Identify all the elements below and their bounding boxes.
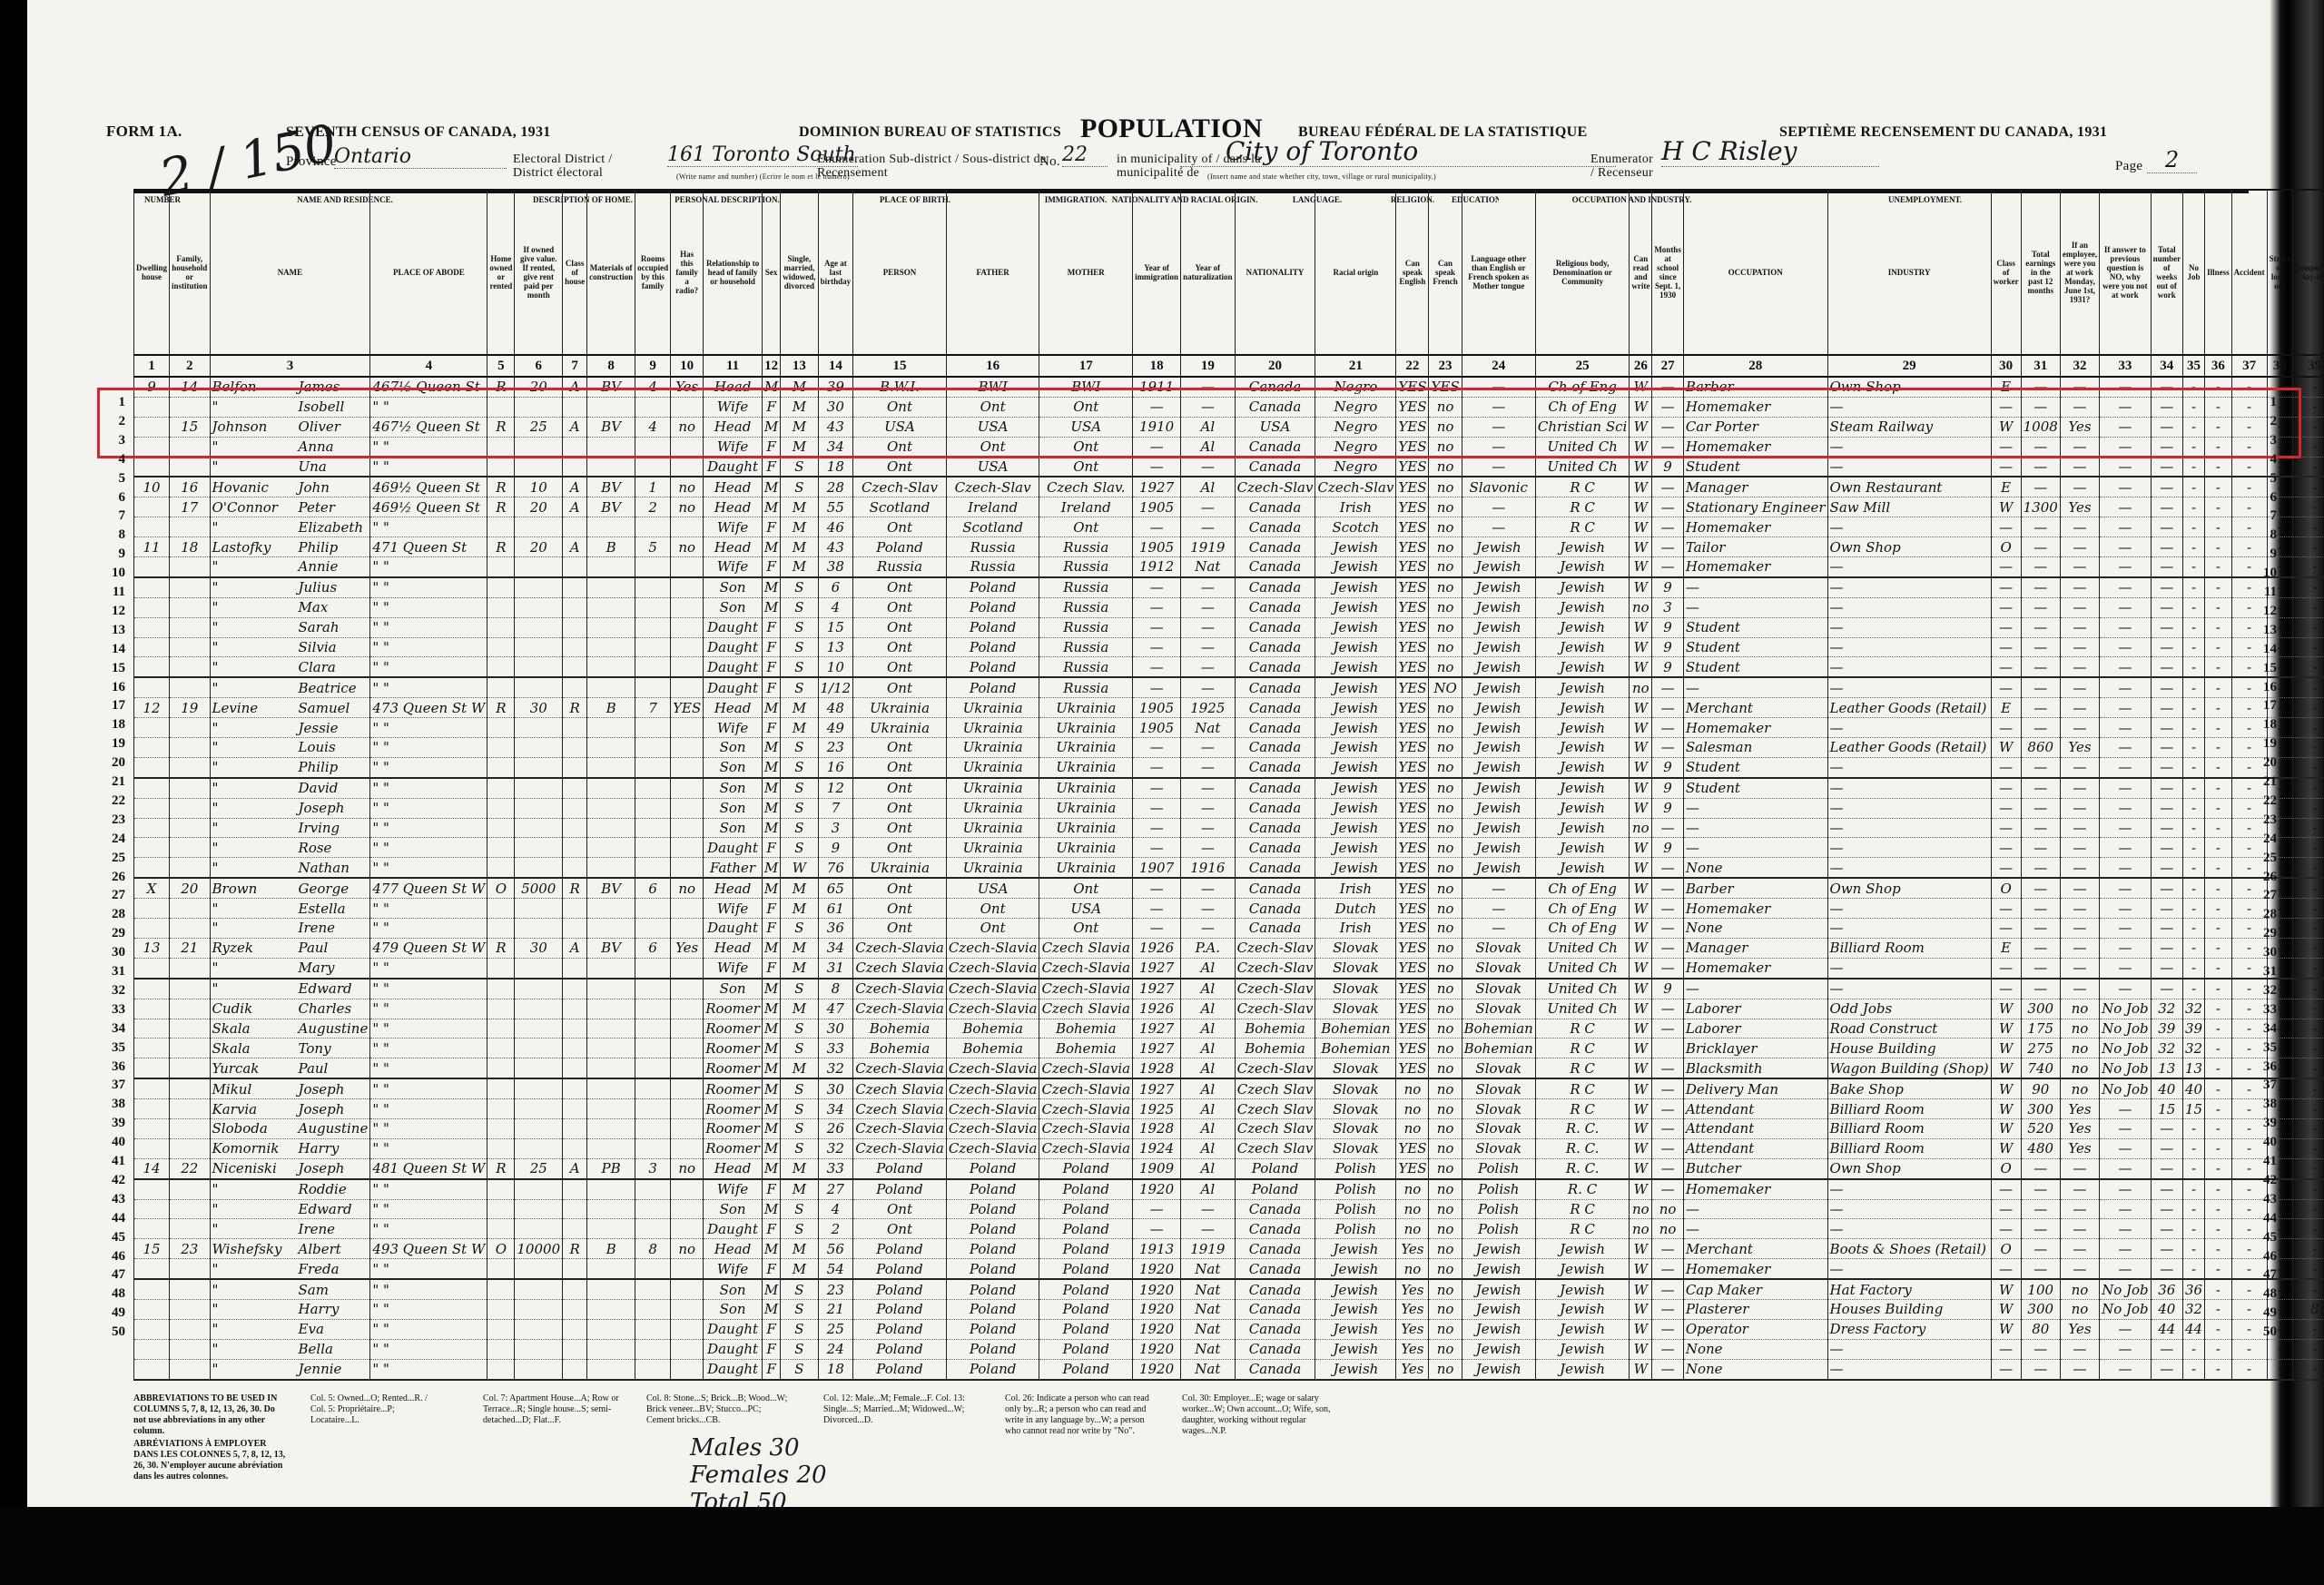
- cell-sex: M: [762, 858, 780, 878]
- cell-rel: Head: [704, 477, 763, 497]
- cell-nat: —: [1181, 577, 1236, 597]
- cell-work: Yes: [2060, 1138, 2099, 1158]
- cell-radio: [671, 677, 704, 697]
- line-number: 41: [2253, 1154, 2277, 1169]
- census-row: "Estella" "WifeFM61OntOntUSA——CanadaDutc…: [134, 899, 2324, 919]
- line-number: 9: [102, 546, 125, 562]
- cell-u2: -: [2205, 1078, 2232, 1098]
- surname: ": [212, 398, 299, 416]
- line-number: 9: [2253, 546, 2277, 562]
- cell-abode: " ": [370, 818, 487, 838]
- cell-occ: Merchant: [1683, 1239, 1827, 1259]
- bureau-en: DOMINION BUREAU OF STATISTICS: [799, 124, 1061, 141]
- cell-bm: Czech Slav.: [1039, 477, 1133, 497]
- cell-bp: Poland: [853, 1319, 947, 1339]
- cell-cw: —: [1991, 757, 2021, 777]
- cell-dw: [134, 738, 170, 758]
- cell-ind: —: [1827, 979, 1991, 999]
- cell-nat: Al: [1181, 1138, 1236, 1158]
- cell-u1: -: [2182, 1239, 2204, 1259]
- cell-relig: United Ch: [1535, 958, 1629, 978]
- given-name: James: [299, 379, 340, 395]
- cell-abode: " ": [370, 899, 487, 919]
- cell-abode: " ": [370, 577, 487, 597]
- cell-fr: no: [1429, 999, 1462, 1019]
- cell-own: [487, 1118, 515, 1138]
- line-number: 14: [102, 642, 125, 657]
- cell-nat: —: [1181, 617, 1236, 637]
- cell-mat: [587, 457, 635, 477]
- cell-bm: Ukrainia: [1039, 778, 1133, 798]
- cell-work: —: [2060, 979, 2099, 999]
- cell-work: —: [2060, 457, 2099, 477]
- given-name: Philip: [299, 759, 339, 775]
- cell-val: [515, 1279, 563, 1299]
- person-name: "David: [210, 778, 370, 798]
- cell-occ: Operator: [1683, 1319, 1827, 1339]
- cell-relig: R C: [1535, 1058, 1629, 1078]
- cell-u5: -: [2293, 1019, 2324, 1039]
- cell-nat: —: [1181, 1219, 1236, 1239]
- cell-relig: Jewish: [1535, 537, 1629, 557]
- cell-cls: [563, 1319, 587, 1339]
- census-row: 1321RyzekPaul479 Queen St WR30ABV6YesHea…: [134, 938, 2324, 958]
- person-name: KarviaJoseph: [210, 1099, 370, 1119]
- cell-fam: [170, 1299, 211, 1319]
- cell-mat: [587, 838, 635, 858]
- cell-u5: -: [2293, 377, 2324, 397]
- person-name: "Annie: [210, 557, 370, 577]
- line-number: 29: [2253, 926, 2277, 941]
- cell-val: [515, 858, 563, 878]
- cell-bm: Czech-Slavia: [1039, 1118, 1133, 1138]
- cell-imm: 1927: [1133, 1039, 1181, 1058]
- cell-bp: Poland: [853, 1299, 947, 1319]
- cell-bp: Ont: [853, 899, 947, 919]
- line-number: 38: [102, 1097, 125, 1112]
- cell-cw: W: [1991, 417, 2021, 437]
- person-name: HovanicJohn: [210, 477, 370, 497]
- column-number: 9: [635, 355, 671, 377]
- cell-bp: Ont: [853, 517, 947, 537]
- cell-natl: Canada: [1235, 657, 1315, 677]
- cell-rw: W: [1630, 577, 1652, 597]
- cell-rw: W: [1630, 838, 1652, 858]
- given-name: Nathan: [299, 860, 350, 876]
- cell-rw: W: [1630, 979, 1652, 999]
- cell-bm: Ukrainia: [1039, 738, 1133, 758]
- line-number: 4: [2253, 452, 2277, 468]
- cell-sex: M: [762, 497, 780, 517]
- cell-val: [515, 1019, 563, 1039]
- cell-cls: [563, 1078, 587, 1098]
- females-label: Females: [690, 1462, 789, 1489]
- cell-occ: None: [1683, 1339, 1827, 1359]
- surname: Yurcak: [212, 1059, 299, 1078]
- cell-tongue: Jewish: [1462, 698, 1535, 718]
- cell-age: 24: [818, 1339, 853, 1359]
- cell-age: 28: [818, 477, 853, 497]
- cell-earn: 275: [2021, 1039, 2060, 1058]
- cell-own: [487, 1179, 515, 1199]
- cell-rel: Roomer: [704, 999, 763, 1019]
- cell-relig: Christian Sci: [1535, 417, 1629, 437]
- cell-bm: Ont: [1039, 517, 1133, 537]
- cell-ind: Own Shop: [1827, 537, 1991, 557]
- cell-rooms: [635, 457, 671, 477]
- cell-cls: [563, 958, 587, 978]
- cell-u5: -: [2293, 657, 2324, 677]
- cell-rooms: [635, 637, 671, 657]
- cell-bp: Ont: [853, 798, 947, 818]
- cell-val: [515, 1179, 563, 1199]
- cell-cls: [563, 397, 587, 417]
- cell-dw: [134, 1138, 170, 1158]
- cell-radio: [671, 919, 704, 939]
- surname: ": [212, 758, 299, 776]
- cell-sch: —: [1652, 999, 1684, 1019]
- cell-val: [515, 1078, 563, 1098]
- cell-mar: S: [781, 1279, 818, 1299]
- cell-mat: [587, 1039, 635, 1058]
- line-number: 1: [102, 395, 125, 410]
- line-number: 47: [102, 1267, 125, 1283]
- column-number: 13: [781, 355, 818, 377]
- cell-own: R: [487, 477, 515, 497]
- cell-natl: Canada: [1235, 557, 1315, 577]
- cell-u1: -: [2182, 878, 2204, 898]
- column-number: 35: [2182, 355, 2204, 377]
- cell-cw: —: [1991, 718, 2021, 738]
- cell-cw: —: [1991, 637, 2021, 657]
- column-number: 24: [1462, 355, 1535, 377]
- cell-eng: YES: [1396, 958, 1429, 978]
- cell-fam: [170, 617, 211, 637]
- cell-natl: Czech Slav: [1235, 1078, 1315, 1098]
- cell-why: —: [2100, 778, 2152, 798]
- cell-dw: [134, 457, 170, 477]
- cell-rel: Daught: [704, 617, 763, 637]
- census-row: CudikCharles" "RoomerMM47Czech-SlaviaCze…: [134, 999, 2324, 1019]
- municipality-hint: (Insert name and state whether city, tow…: [1207, 172, 1436, 181]
- cell-u2: -: [2205, 818, 2232, 838]
- cell-sch: —: [1652, 738, 1684, 758]
- census-row: YurcakPaul" "RoomerMM32Czech-SlaviaCzech…: [134, 1058, 2324, 1078]
- cell-bp: Ont: [853, 637, 947, 657]
- cell-sch: —: [1652, 397, 1684, 417]
- cell-dw: [134, 778, 170, 798]
- cell-work: —: [2060, 1199, 2099, 1219]
- cell-ind: —: [1827, 1359, 1991, 1379]
- cell-nat: Nat: [1181, 1279, 1236, 1299]
- column-number: 10: [671, 355, 704, 377]
- cell-why: —: [2100, 798, 2152, 818]
- cell-cls: [563, 557, 587, 577]
- cell-nat: Nat: [1181, 1259, 1236, 1279]
- cell-mar: S: [781, 477, 818, 497]
- cell-bp: Ont: [853, 597, 947, 617]
- cell-bp: Ont: [853, 577, 947, 597]
- cell-natl: Bohemia: [1235, 1019, 1315, 1039]
- cell-race: Jewish: [1315, 1319, 1396, 1339]
- cell-occ: None: [1683, 858, 1827, 878]
- cell-cls: [563, 718, 587, 738]
- cell-cls: [563, 858, 587, 878]
- cell-imm: —: [1133, 637, 1181, 657]
- cell-rooms: [635, 798, 671, 818]
- cell-earn: —: [2021, 1259, 2060, 1279]
- cell-cls: [563, 1359, 587, 1379]
- cell-radio: Yes: [671, 377, 704, 397]
- cell-mar: S: [781, 577, 818, 597]
- cell-rooms: [635, 677, 671, 697]
- column-header: NATIONALITY: [1235, 190, 1315, 355]
- cell-age: 43: [818, 417, 853, 437]
- cell-own: [487, 1219, 515, 1239]
- surname: Skala: [212, 1019, 299, 1038]
- cell-mar: M: [781, 999, 818, 1019]
- surname: ": [212, 1340, 299, 1358]
- cell-race: Polish: [1315, 1219, 1396, 1239]
- cell-wks: 32: [2151, 999, 2182, 1019]
- cell-cw: W: [1991, 1118, 2021, 1138]
- cell-bm: BWI: [1039, 377, 1133, 397]
- cell-sex: F: [762, 958, 780, 978]
- cell-sch: —: [1652, 1158, 1684, 1178]
- cell-u2: -: [2205, 637, 2232, 657]
- cell-mat: [587, 798, 635, 818]
- cell-fam: 14: [170, 377, 211, 397]
- cell-rooms: 2: [635, 497, 671, 517]
- cell-fr: no: [1429, 757, 1462, 777]
- cell-radio: [671, 457, 704, 477]
- cell-u5: -: [2293, 537, 2324, 557]
- cell-cls: [563, 1039, 587, 1058]
- cell-cls: [563, 1019, 587, 1039]
- cell-dw: [134, 1359, 170, 1379]
- line-number: 41: [102, 1154, 125, 1169]
- cell-work: —: [2060, 517, 2099, 537]
- cell-rel: Son: [704, 1279, 763, 1299]
- cell-cls: R: [563, 1239, 587, 1259]
- cell-work: Yes: [2060, 1118, 2099, 1138]
- cell-work: —: [2060, 617, 2099, 637]
- cell-natl: Canada: [1235, 377, 1315, 397]
- cell-fam: 23: [170, 1239, 211, 1259]
- cell-cls: A: [563, 377, 587, 397]
- cell-rooms: [635, 818, 671, 838]
- cell-ind: —: [1827, 899, 1991, 919]
- person-name: "Silvia: [210, 637, 370, 657]
- cell-dw: [134, 999, 170, 1019]
- cell-bp: Ont: [853, 919, 947, 939]
- cell-cw: O: [1991, 1158, 2021, 1178]
- cell-bf: Czech-Slavia: [946, 938, 1039, 958]
- column-number: 22: [1396, 355, 1429, 377]
- cell-val: [515, 437, 563, 457]
- cell-sex: F: [762, 677, 780, 697]
- cell-abode: 473 Queen St W: [370, 698, 487, 718]
- cell-tongue: Slovak: [1462, 1099, 1535, 1119]
- cell-val: [515, 798, 563, 818]
- cell-u5: -: [2293, 1319, 2324, 1339]
- cell-val: [515, 979, 563, 999]
- cell-relig: Jewish: [1535, 637, 1629, 657]
- cell-radio: [671, 577, 704, 597]
- cell-bp: Poland: [853, 1279, 947, 1299]
- cell-bm: Russia: [1039, 597, 1133, 617]
- cell-rel: Wife: [704, 718, 763, 738]
- footnote-col7: Col. 7: Apartment House...A; Row or Terr…: [483, 1393, 628, 1426]
- cell-dw: [134, 958, 170, 978]
- cell-u5: -: [2293, 757, 2324, 777]
- cell-nat: —: [1181, 738, 1236, 758]
- cell-abode: 477 Queen St W: [370, 878, 487, 898]
- given-name: Mary: [299, 960, 335, 976]
- cell-rooms: [635, 919, 671, 939]
- cell-work: —: [2060, 1259, 2099, 1279]
- cell-earn: —: [2021, 677, 2060, 697]
- person-name: LevineSamuel: [210, 698, 370, 718]
- cell-bp: Ont: [853, 757, 947, 777]
- column-number: 14: [818, 355, 853, 377]
- cell-dw: [134, 517, 170, 537]
- cell-mat: [587, 397, 635, 417]
- cell-dw: [134, 1259, 170, 1279]
- cell-natl: Canada: [1235, 457, 1315, 477]
- cell-cls: A: [563, 1158, 587, 1178]
- cell-rel: Head: [704, 377, 763, 397]
- cell-tongue: Jewish: [1462, 1279, 1535, 1299]
- cell-why: —: [2100, 657, 2152, 677]
- cell-radio: [671, 757, 704, 777]
- cell-relig: R C: [1535, 1019, 1629, 1039]
- cell-tongue: Slovak: [1462, 1078, 1535, 1098]
- cell-fr: no: [1429, 1339, 1462, 1359]
- cell-eng: Yes: [1396, 1299, 1429, 1319]
- cell-occ: —: [1683, 838, 1827, 858]
- cell-rel: Wife: [704, 517, 763, 537]
- cell-ind: —: [1827, 1259, 1991, 1279]
- cell-own: [487, 637, 515, 657]
- cell-fam: [170, 1078, 211, 1098]
- cell-age: 12: [818, 778, 853, 798]
- cell-earn: —: [2021, 919, 2060, 939]
- cell-sex: M: [762, 738, 780, 758]
- cell-tongue: Slavonic: [1462, 477, 1535, 497]
- cell-relig: Jewish: [1535, 778, 1629, 798]
- line-number: 3: [2253, 433, 2277, 448]
- census-row: KarviaJoseph" "RoomerMS34Czech SlaviaCze…: [134, 1099, 2324, 1119]
- cell-u5: -: [2293, 1099, 2324, 1119]
- cell-u5: -: [2293, 1039, 2324, 1058]
- cell-radio: no: [671, 497, 704, 517]
- cell-ind: —: [1827, 798, 1991, 818]
- cell-own: R: [487, 1158, 515, 1178]
- cell-occ: Homemaker: [1683, 1259, 1827, 1279]
- cell-u1: -: [2182, 597, 2204, 617]
- cell-val: [515, 999, 563, 1019]
- cell-ind: —: [1827, 757, 1991, 777]
- column-header: Racial origin: [1315, 190, 1396, 355]
- cell-ind: Billiard Room: [1827, 1118, 1991, 1138]
- census-row: KomornikHarry" "RoomerMS32Czech-SlaviaCz…: [134, 1138, 2324, 1158]
- cell-wks: —: [2151, 738, 2182, 758]
- cell-own: R: [487, 377, 515, 397]
- cell-u2: -: [2205, 677, 2232, 697]
- cell-own: [487, 437, 515, 457]
- given-name: Isobell: [299, 399, 345, 415]
- cell-own: [487, 757, 515, 777]
- cell-cw: —: [1991, 1259, 2021, 1279]
- line-number: 8: [102, 527, 125, 543]
- cell-why: —: [2100, 1099, 2152, 1119]
- enumerator-label: Enumerator / Recenseur: [1590, 153, 1654, 180]
- given-name: Oliver: [299, 418, 340, 435]
- cell-imm: —: [1133, 818, 1181, 838]
- cell-val: 5000: [515, 878, 563, 898]
- cell-work: —: [2060, 1219, 2099, 1239]
- cell-natl: Canada: [1235, 778, 1315, 798]
- cell-imm: 1912: [1133, 557, 1181, 577]
- cell-age: 3: [818, 818, 853, 838]
- cell-rw: W: [1630, 497, 1652, 517]
- line-number: 18: [2253, 717, 2277, 733]
- form-id: FORM 1A.: [106, 123, 182, 141]
- line-number: 26: [102, 870, 125, 885]
- cell-race: Jewish: [1315, 1239, 1396, 1259]
- cell-fr: no: [1429, 738, 1462, 758]
- cell-bm: Russia: [1039, 657, 1133, 677]
- cell-occ: —: [1683, 818, 1827, 838]
- cell-u1: 32: [2182, 999, 2204, 1019]
- column-header: Can read and write: [1630, 190, 1652, 355]
- cell-own: [487, 1259, 515, 1279]
- cell-ind: Own Shop: [1827, 1158, 1991, 1178]
- line-number: 27: [2253, 888, 2277, 903]
- cell-val: [515, 457, 563, 477]
- cell-occ: Barber: [1683, 377, 1827, 397]
- cell-age: 2: [818, 1219, 853, 1239]
- line-number: 30: [2253, 945, 2277, 960]
- person-name: "Harry: [210, 1299, 370, 1319]
- cell-tongue: Bohemian: [1462, 1039, 1535, 1058]
- person-name: "Jessie: [210, 718, 370, 738]
- person-name: "Una: [210, 457, 370, 477]
- cell-natl: Canada: [1235, 617, 1315, 637]
- cell-sch: 9: [1652, 979, 1684, 999]
- given-name: Una: [299, 458, 327, 475]
- cell-age: 36: [818, 919, 853, 939]
- person-name: "Eva: [210, 1319, 370, 1339]
- cell-rel: Daught: [704, 657, 763, 677]
- cell-relig: Jewish: [1535, 757, 1629, 777]
- cell-occ: Student: [1683, 457, 1827, 477]
- cell-why: —: [2100, 1339, 2152, 1359]
- cell-bm: Poland: [1039, 1359, 1133, 1379]
- person-name: "Clara: [210, 657, 370, 677]
- cell-dw: [134, 1339, 170, 1359]
- cell-mar: S: [781, 757, 818, 777]
- cell-radio: [671, 1279, 704, 1299]
- line-number: 23: [102, 812, 125, 828]
- cell-rel: Son: [704, 979, 763, 999]
- cell-rw: W: [1630, 938, 1652, 958]
- cell-natl: Canada: [1235, 818, 1315, 838]
- line-number: 16: [2253, 680, 2277, 695]
- cell-abode: " ": [370, 838, 487, 858]
- cell-u1: 15: [2182, 1099, 2204, 1119]
